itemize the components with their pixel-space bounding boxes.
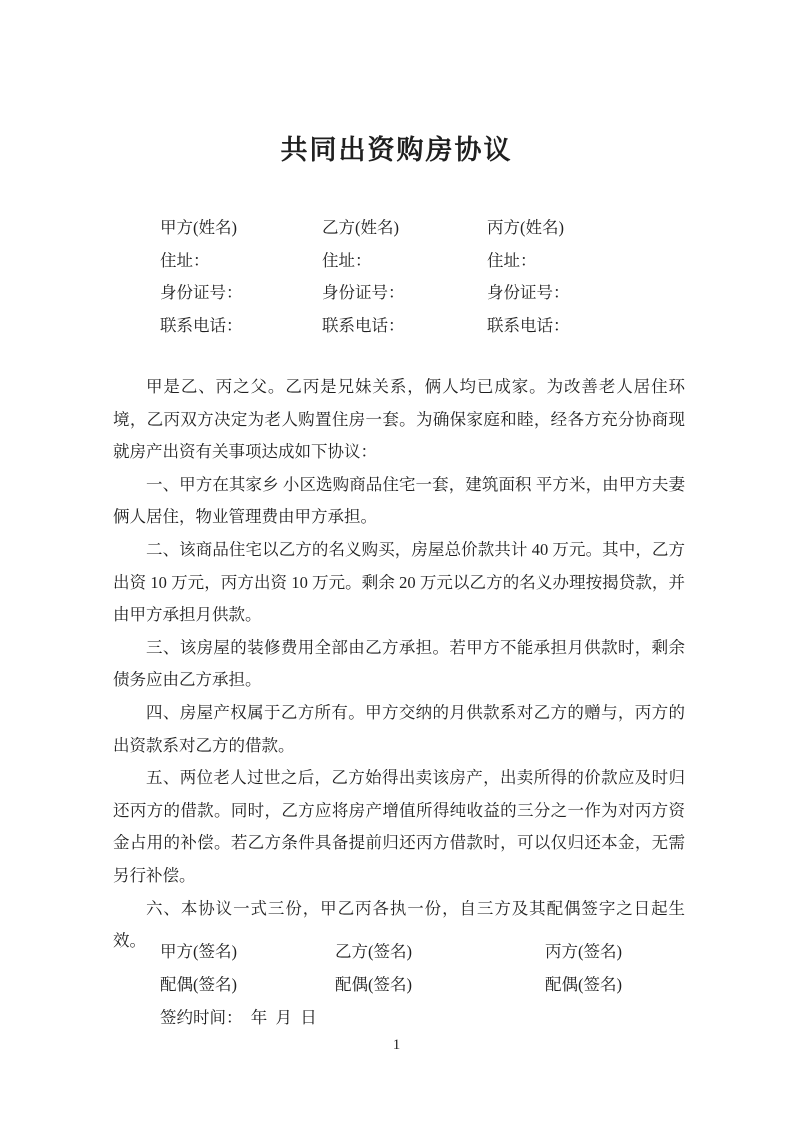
party-b-address-label: 住址： xyxy=(322,245,487,278)
party-a-id-label: 身份证号： xyxy=(160,277,322,310)
clause-2: 二、该商品住宅以乙方的名义购买，房屋总价款共计 40 万元。其中，乙方出资 10… xyxy=(113,534,685,632)
party-c-address-label: 住址： xyxy=(487,245,570,278)
signature-block: 甲方(签名) 乙方(签名) 丙方(签名) 配偶(签名) 配偶(签名) 配偶(签名… xyxy=(160,936,685,1034)
clause-1: 一、甲方在其家乡 小区选购商品住宅一套，建筑面积 平方米，由甲方夫妻俩人居住，物… xyxy=(113,469,685,534)
agreement-body: 甲是乙、丙之父。乙丙是兄妹关系，俩人均已成家。为改善老人居住环境，乙丙双方决定为… xyxy=(113,371,685,958)
intro-paragraph: 甲是乙、丙之父。乙丙是兄妹关系，俩人均已成家。为改善老人居住环境，乙丙双方决定为… xyxy=(113,371,685,469)
party-a-phone-label: 联系电话： xyxy=(160,310,322,343)
spouse-a-signature-label: 配偶(签名) xyxy=(160,969,335,1002)
party-b-signature-label: 乙方(签名) xyxy=(335,936,545,969)
party-a-signature-label: 甲方(签名) xyxy=(160,936,335,969)
spouse-signature-row: 配偶(签名) 配偶(签名) 配偶(签名) xyxy=(160,969,685,1002)
spouse-c-signature-label: 配偶(签名) xyxy=(545,969,685,1002)
page-number: 1 xyxy=(0,1037,793,1054)
party-signature-row: 甲方(签名) 乙方(签名) 丙方(签名) xyxy=(160,936,685,969)
document-title: 共同出资购房协议 xyxy=(0,128,793,167)
clause-4: 四、房屋产权属于乙方所有。甲方交纳的月供款系对乙方的赠与，丙方的出资款系对乙方的… xyxy=(113,697,685,762)
clause-3: 三、该房屋的装修费用全部由乙方承担。若甲方不能承担月供款时，剩余债务应由乙方承担… xyxy=(113,632,685,697)
party-c-info: 丙方(姓名) 住址： 身份证号： 联系电话： xyxy=(487,212,570,342)
party-c-id-label: 身份证号： xyxy=(487,277,570,310)
parties-block: 甲方(姓名) 住址： 身份证号： 联系电话： 乙方(姓名) 住址： 身份证号： … xyxy=(160,212,570,342)
signing-date-label: 签约时间： 年 月 日 xyxy=(160,1002,685,1035)
clause-5: 五、两位老人过世之后，乙方始得出卖该房产，出卖所得的价款应及时归还丙方的借款。同… xyxy=(113,762,685,892)
document-page: 共同出资购房协议 甲方(姓名) 住址： 身份证号： 联系电话： 乙方(姓名) 住… xyxy=(0,0,793,1122)
party-c-signature-label: 丙方(签名) xyxy=(545,936,685,969)
party-a-address-label: 住址： xyxy=(160,245,322,278)
party-c-name-label: 丙方(姓名) xyxy=(487,212,570,245)
party-c-phone-label: 联系电话： xyxy=(487,310,570,343)
party-b-id-label: 身份证号： xyxy=(322,277,487,310)
party-a-info: 甲方(姓名) 住址： 身份证号： 联系电话： xyxy=(160,212,322,342)
spouse-b-signature-label: 配偶(签名) xyxy=(335,969,545,1002)
party-b-phone-label: 联系电话： xyxy=(322,310,487,343)
party-b-name-label: 乙方(姓名) xyxy=(322,212,487,245)
party-b-info: 乙方(姓名) 住址： 身份证号： 联系电话： xyxy=(322,212,487,342)
party-a-name-label: 甲方(姓名) xyxy=(160,212,322,245)
